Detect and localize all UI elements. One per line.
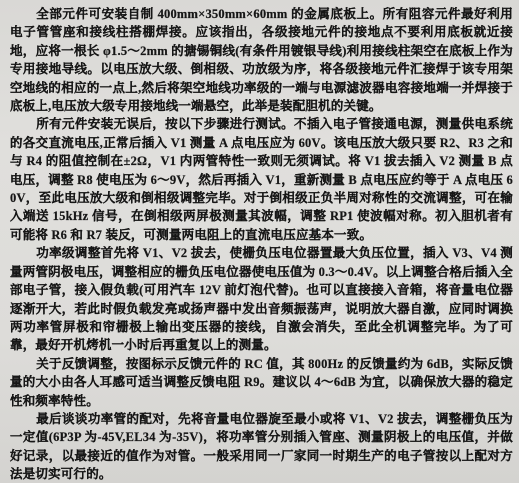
paragraph-chassis-assembly: 全部元件可安装自制 400mm×350mm×60mm 的金属底板上。所有阻容元件… bbox=[10, 5, 513, 115]
scanned-document-page: 全部元件可安装自制 400mm×350mm×60mm 的金属底板上。所有阻容元件… bbox=[0, 0, 519, 483]
paragraph-power-stage-adjustment: 功率级调整首先将 V1、V2 拔去，使栅负压电位器置最大负压位置，插入 V3、V… bbox=[10, 244, 513, 354]
paragraph-feedback-adjustment: 关于反馈调整，按图标示反馈元件的 RC 值，其 800Hz 的反馈量约为 6dB… bbox=[10, 355, 513, 410]
paragraph-tube-matching: 最后谈谈功率管的配对，先将音量电位器旋至最小或将 V1、V2 拔去，调整栅负压为… bbox=[10, 410, 513, 483]
paragraph-voltage-testing: 所有元件安装无误后，按以下步骤进行测试。不插入电子管接通电源，测量供电系统的各交… bbox=[10, 115, 513, 244]
